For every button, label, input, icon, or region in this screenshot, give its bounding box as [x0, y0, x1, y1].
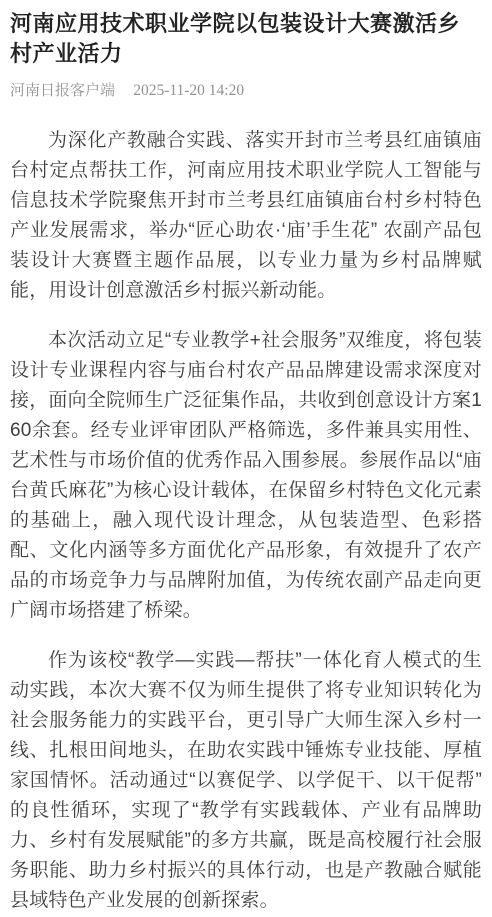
article-paragraph: 作为该校“教学—实践—帮扶”一体化育人模式的生动实践，本次大赛不仅为师生提供了将… [10, 646, 482, 916]
article-publish-time: 2025-11-20 14:20 [133, 82, 244, 99]
article-title: 河南应用技术职业学院以包装设计大赛激活乡村产业活力 [10, 9, 482, 69]
article-page: 河南应用技术职业学院以包装设计大赛激活乡村产业活力 河南日报客户端 2025-1… [0, 0, 492, 917]
article-paragraph: 本次活动立足“专业教学+社会服务”双维度，将包装设计专业课程内容与庙台村农产品品… [10, 326, 482, 626]
article-paragraph: 为深化产教融合实践、落实开封市兰考县红庙镇庙台村定点帮扶工作，河南应用技术职业学… [10, 126, 482, 306]
article-body: 为深化产教融合实践、落实开封市兰考县红庙镇庙台村定点帮扶工作，河南应用技术职业学… [10, 126, 482, 916]
article-source: 河南日报客户端 [10, 82, 115, 99]
article-meta: 河南日报客户端 2025-11-20 14:20 [10, 82, 482, 99]
